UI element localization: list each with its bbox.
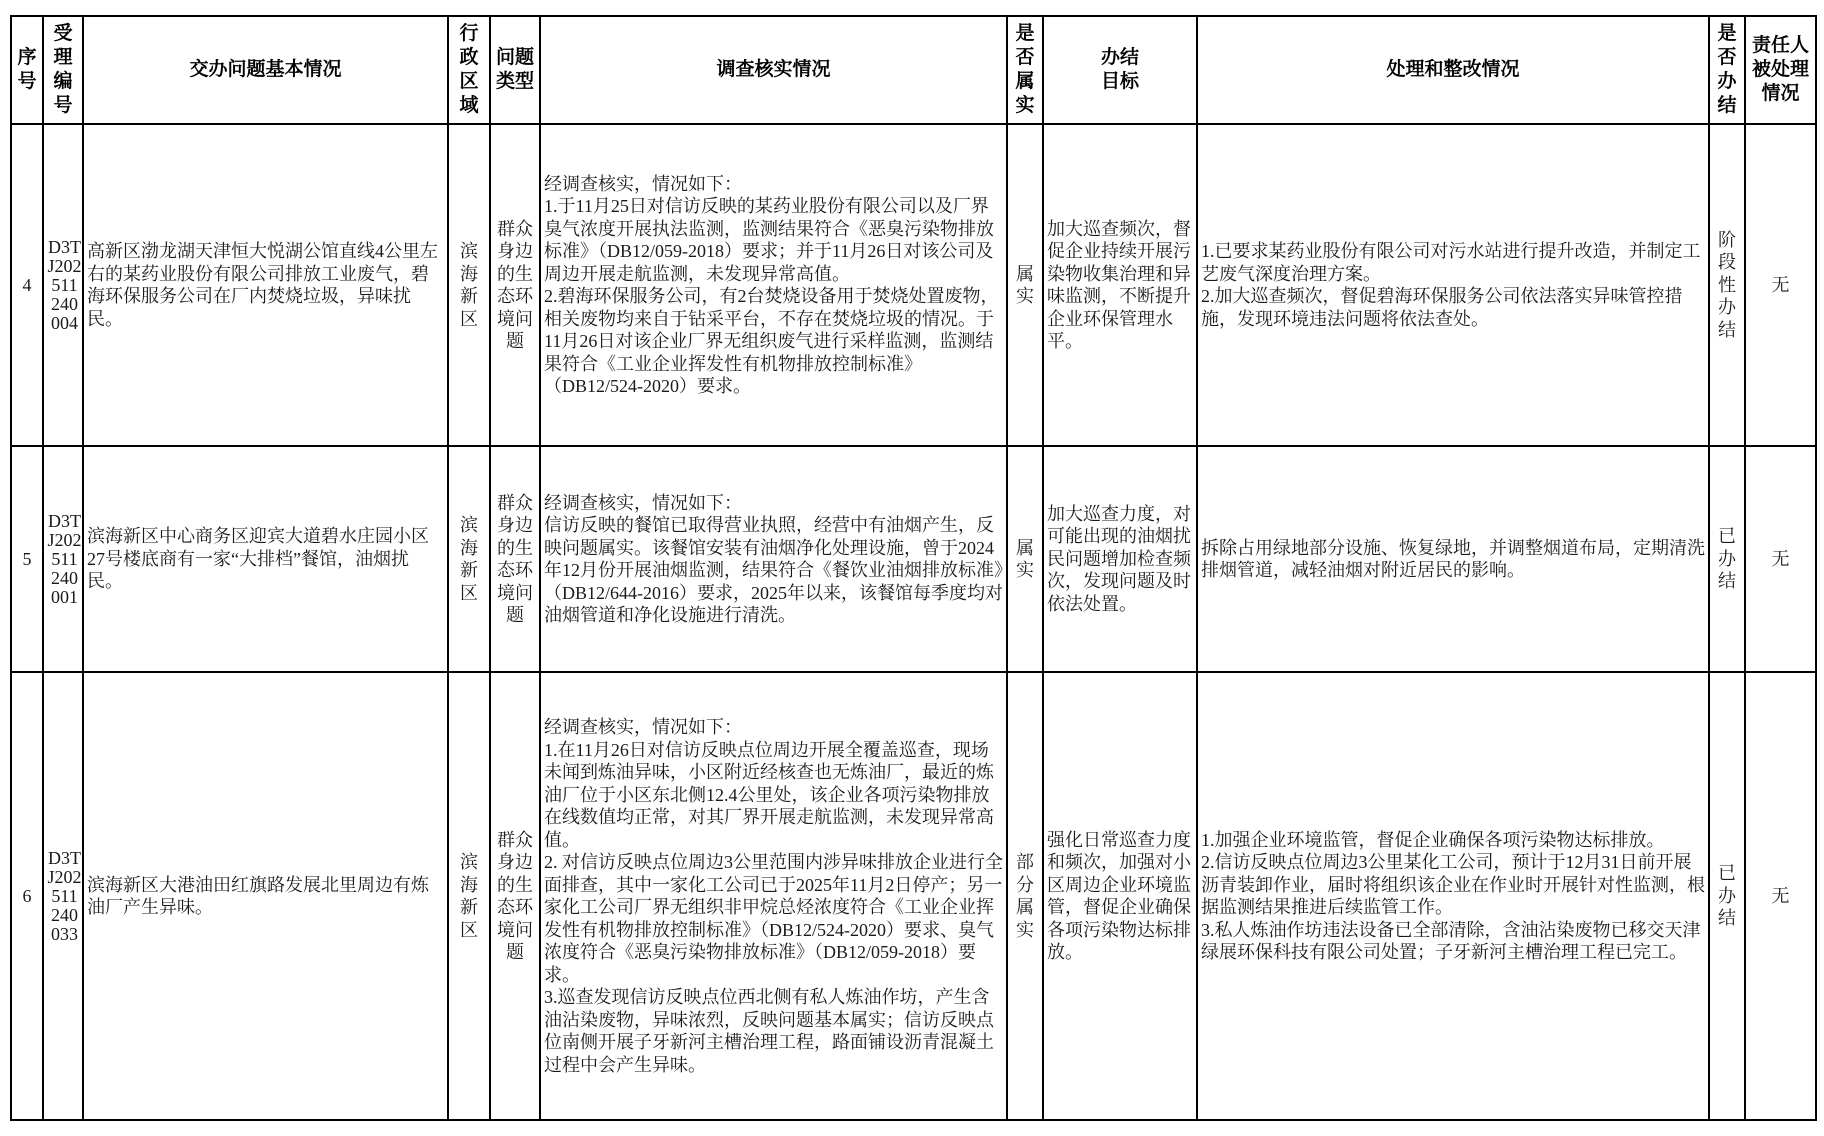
- cell-completed: 已办结: [1709, 672, 1745, 1120]
- header-seq: 序号: [11, 16, 43, 124]
- cell-id: D3TJ202511240004: [43, 124, 83, 446]
- cell-investigation: 经调查核实，情况如下： 信访反映的餐馆已取得营业执照，经营中有油烟产生，反映问题…: [540, 446, 1007, 672]
- header-completed: 是否办结: [1709, 16, 1745, 124]
- table-row: 6 D3TJ202511240033 滨海新区大港油田红旗路发展北里周边有炼油厂…: [11, 672, 1816, 1120]
- cell-handling: 1.已要求某药业股份有限公司对污水站进行提升改造，并制定工艺废气深度治理方案。 …: [1197, 124, 1709, 446]
- cell-id: D3TJ202511240001: [43, 446, 83, 672]
- cell-handling: 拆除占用绿地部分设施、恢复绿地，并调整烟道布局，定期清洗排烟管道，减轻油烟对附近…: [1197, 446, 1709, 672]
- cell-target: 加大巡查力度，对可能出现的油烟扰民问题增加检查频次，发现问题及时依法处置。: [1043, 446, 1197, 672]
- cell-basic: 高新区渤龙湖天津恒大悦湖公馆直线4公里左右的某药业股份有限公司排放工业废气，碧海…: [83, 124, 448, 446]
- cell-type: 群众身边的生态环境问题: [490, 446, 540, 672]
- cell-id: D3TJ202511240033: [43, 672, 83, 1120]
- header-is-true: 是否属实: [1007, 16, 1043, 124]
- cell-target: 加大巡查频次，督促企业持续开展污染物收集治理和异味监测，不断提升企业环保管理水平…: [1043, 124, 1197, 446]
- cell-region: 滨海新区: [448, 124, 490, 446]
- complaint-handling-table: 序号 受理编号 交办问题基本情况 行政区域 问题类型 调查核实情况 是否属实 办…: [10, 15, 1817, 1121]
- cell-accountability: 无: [1745, 124, 1816, 446]
- header-investigation: 调查核实情况: [540, 16, 1007, 124]
- cell-investigation: 经调查核实，情况如下： 1.在11月26日对信访反映点位周边开展全覆盖巡查，现场…: [540, 672, 1007, 1120]
- cell-accountability: 无: [1745, 672, 1816, 1120]
- cell-region: 滨海新区: [448, 672, 490, 1120]
- cell-region: 滨海新区: [448, 446, 490, 672]
- cell-type: 群众身边的生态环境问题: [490, 124, 540, 446]
- header-type: 问题类型: [490, 16, 540, 124]
- case-id: D3TJ202511240004: [47, 238, 82, 333]
- cell-type: 群众身边的生态环境问题: [490, 672, 540, 1120]
- cell-is-true: 部分属实: [1007, 672, 1043, 1120]
- cell-is-true: 属实: [1007, 446, 1043, 672]
- table-row: 5 D3TJ202511240001 滨海新区中心商务区迎宾大道碧水庄园小区27…: [11, 446, 1816, 672]
- case-id: D3TJ202511240033: [47, 849, 82, 944]
- cell-seq: 4: [11, 124, 43, 446]
- cell-basic: 滨海新区中心商务区迎宾大道碧水庄园小区27号楼底商有一家“大排档”餐馆，油烟扰民…: [83, 446, 448, 672]
- cell-seq: 5: [11, 446, 43, 672]
- cell-target: 强化日常巡查力度和频次，加强对小区周边企业环境监管，督促企业确保各项污染物达标排…: [1043, 672, 1197, 1120]
- header-target: 办结 目标: [1043, 16, 1197, 124]
- cell-investigation: 经调查核实，情况如下： 1.于11月25日对信访反映的某药业股份有限公司以及厂界…: [540, 124, 1007, 446]
- cell-basic: 滨海新区大港油田红旗路发展北里周边有炼油厂产生异味。: [83, 672, 448, 1120]
- header-accountability: 责任人被处理情况: [1745, 16, 1816, 124]
- cell-accountability: 无: [1745, 446, 1816, 672]
- header-row: 序号 受理编号 交办问题基本情况 行政区域 问题类型 调查核实情况 是否属实 办…: [11, 16, 1816, 124]
- cell-completed: 阶段性办结: [1709, 124, 1745, 446]
- header-handling: 处理和整改情况: [1197, 16, 1709, 124]
- cell-seq: 6: [11, 672, 43, 1120]
- table-row: 4 D3TJ202511240004 高新区渤龙湖天津恒大悦湖公馆直线4公里左右…: [11, 124, 1816, 446]
- cell-completed: 已办结: [1709, 446, 1745, 672]
- cell-is-true: 属实: [1007, 124, 1043, 446]
- header-id: 受理编号: [43, 16, 83, 124]
- cell-handling: 1.加强企业环境监管，督促企业确保各项污染物达标排放。 2.信访反映点位周边3公…: [1197, 672, 1709, 1120]
- case-id: D3TJ202511240001: [47, 512, 82, 607]
- header-basic: 交办问题基本情况: [83, 16, 448, 124]
- header-region: 行政区域: [448, 16, 490, 124]
